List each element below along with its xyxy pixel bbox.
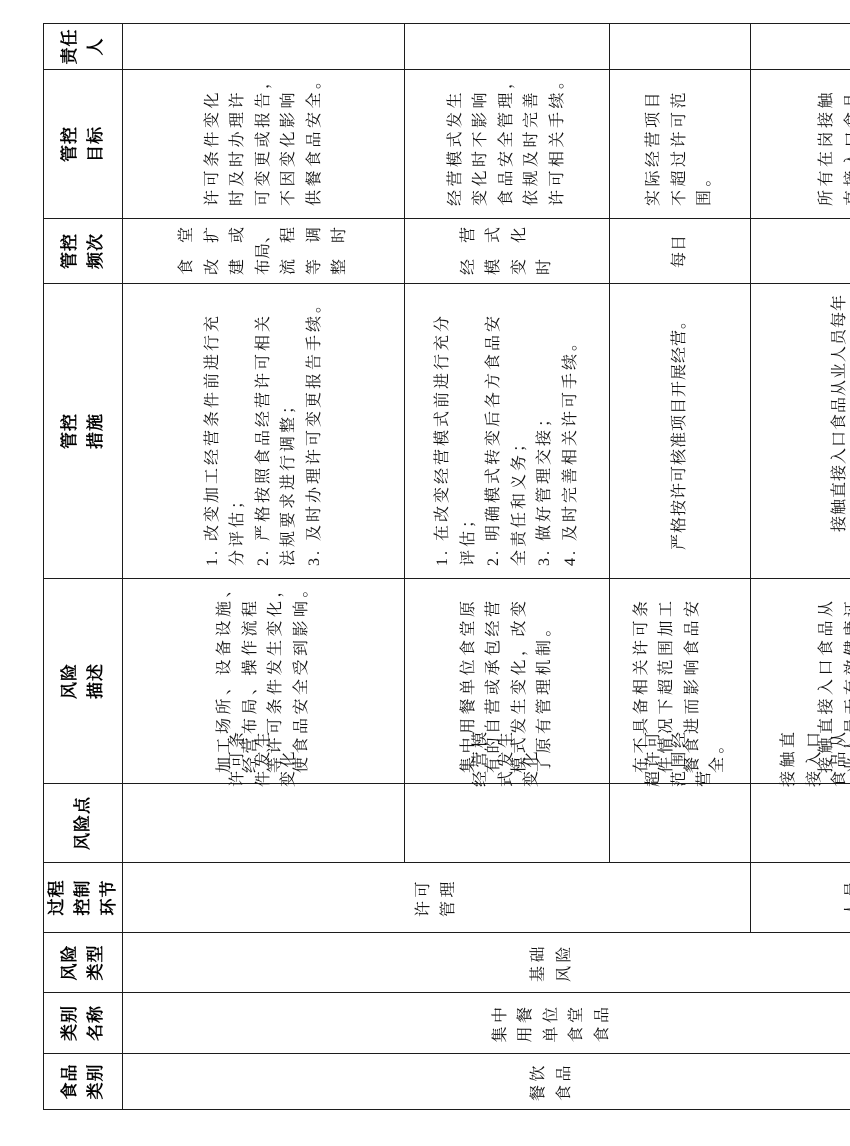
food-category-cell: 餐饮 食品 xyxy=(123,1054,850,1110)
risk-description-cell: 在不具备相关许可条 件情况下超范围加工 餐食进而影响食品安 全。 xyxy=(609,579,750,784)
category-name-cell: 集中 用餐 单位 食堂 食品 xyxy=(123,993,850,1054)
document-page: 食品 类别 类别 名称 风险 类型 过程 控制 环节 风险点 风险 描述 管控 … xyxy=(0,0,850,1146)
control-target-cell: 经营模式发生 变化时不影响 食品安全管理， 依规及时完善 许可相关手续。 xyxy=(404,70,609,219)
header-control-target: 管控 目标 xyxy=(44,70,123,219)
header-risk-description: 风险 描述 xyxy=(44,579,123,784)
header-risk-type: 风险 类型 xyxy=(44,933,123,993)
risk-point-cell: 许可条 件发生 变化 xyxy=(123,784,405,863)
risk-point-cell: 超许可 范围经 营 xyxy=(609,784,750,863)
responsible-person-cell xyxy=(404,24,609,70)
control-target-cell: 实际经营项目 不超过许可范 围。 xyxy=(609,70,750,219)
control-measures-cell: 1. 在改变经营模式前进行充分 评估； 2. 明确模式转变后各方食品安 全责任和… xyxy=(404,284,609,579)
header-control-frequency: 管控 频次 xyxy=(44,219,123,284)
control-frequency-text: 经营 模式 变化 时 xyxy=(456,227,558,275)
control-frequency-cell: 经营 模式 变化 时 xyxy=(404,219,609,284)
risk-description-cell: 加工场所、设备设施、 经营布局、操作流程 等许可条件发生变化， 使食品安全受到影… xyxy=(123,579,405,784)
table-row: 餐饮 食品 集中 用餐 单位 食堂 食品 基础 风险 许可 管理 许可条 件发生… xyxy=(123,24,405,1110)
control-frequency-text: 食堂 改扩 建或 布局、 流程 等调 整时 xyxy=(174,227,353,275)
process-control-cell-personnel: 人员 管理 xyxy=(750,863,850,933)
header-responsible-person: 责任 人 xyxy=(44,24,123,70)
risk-control-table: 食品 类别 类别 名称 风险 类型 过程 控制 环节 风险点 风险 描述 管控 … xyxy=(43,23,850,1110)
responsible-person-cell xyxy=(123,24,405,70)
rotated-table-wrapper: 食品 类别 类别 名称 风险 类型 过程 控制 环节 风险点 风险 描述 管控 … xyxy=(43,24,801,1110)
responsible-person-cell xyxy=(609,24,750,70)
control-target-cell: 许可条件变化 时及时办理许 可变更或报告， 不因变化影响 供餐食品安全。 xyxy=(123,70,405,219)
header-row: 食品 类别 类别 名称 风险 类型 过程 控制 环节 风险点 风险 描述 管控 … xyxy=(44,24,123,1110)
header-control-measures: 管控 措施 xyxy=(44,284,123,579)
risk-type-cell: 基础 风险 xyxy=(123,933,850,993)
control-measures-cell: 严格按许可核准项目开展经营。 xyxy=(609,284,750,579)
header-food-category: 食品 类别 xyxy=(44,1054,123,1110)
header-process-control: 过程 控制 环节 xyxy=(44,863,123,933)
risk-point-cell: 经营模 式发生 变化 xyxy=(404,784,609,863)
header-category-name: 类别 名称 xyxy=(44,993,123,1054)
control-frequency-cell: 每年 xyxy=(750,219,850,284)
risk-point-cell: 接触直 接入口 食品从 业人员 健康证 明持有 情况 xyxy=(750,784,850,863)
control-target-cell: 所有在岗接触 直接入口食品 从业人员持有 效健康证明。 xyxy=(750,70,850,219)
risk-description-cell: 集中用餐单位食堂原 有的自营或承包经营 模式发生变化，改变 了原有管理机制。 xyxy=(404,579,609,784)
process-control-cell-license: 许可 管理 xyxy=(123,863,751,933)
control-frequency-cell: 每日 xyxy=(609,219,750,284)
control-measures-cell: 接触直接入口食品从业人员每年 进行健康检查，取得健康证明后 方可上岗。 xyxy=(750,284,850,579)
control-measures-cell: 1. 改变加工经营条件前进行充 分评估； 2. 严格按照食品经营许可相关 法规要… xyxy=(123,284,405,579)
header-risk-point: 风险点 xyxy=(44,784,123,863)
control-frequency-cell: 食堂 改扩 建或 布局、 流程 等调 整时 xyxy=(123,219,405,284)
responsible-person-cell xyxy=(750,24,850,70)
